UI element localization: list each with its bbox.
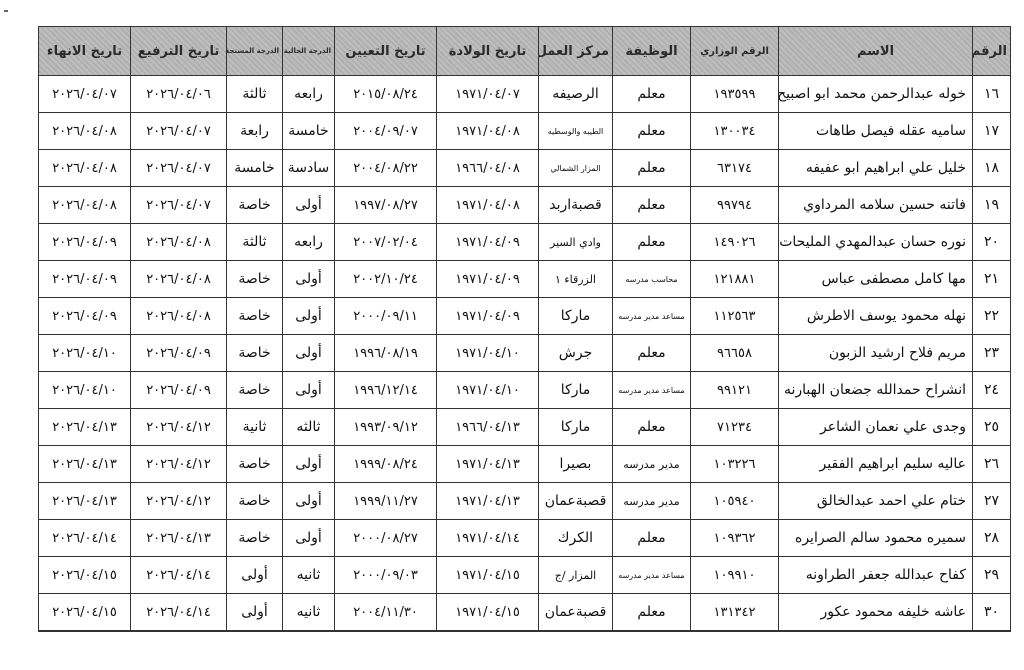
cell-appointment-date: ٢٠٠٤/٠٩/٠٧ bbox=[335, 113, 437, 150]
cell-work-center: الرصيفه bbox=[539, 76, 613, 113]
cell-ministry-number: ١٠٥٩٤٠ bbox=[691, 483, 779, 520]
cell-index: ١٩ bbox=[973, 187, 1011, 224]
cell-name: نهله محمود يوسف الاطرش bbox=[779, 298, 973, 335]
header-name: الاسم bbox=[779, 27, 973, 76]
cell-end-date: ٢٠٢٦/٠٤/٠٩ bbox=[39, 298, 131, 335]
cell-index: ٢٧ bbox=[973, 483, 1011, 520]
table-body: ١٦خوله عبدالرحمن محمد ابو اصبيح١٩٣٥٩٩معل… bbox=[39, 76, 1011, 632]
header-row: الرقم الاسم الرقم الوزاري الوظيفة مركز ا… bbox=[39, 27, 1011, 76]
table-row: ٢٧ختام علي احمد عبدالخالق١٠٥٩٤٠مدير مدرس… bbox=[39, 483, 1011, 520]
table-row: ٢٥وجدى علي نعمان الشاعر٧١٢٣٤معلمماركا١٩٦… bbox=[39, 409, 1011, 446]
cell-index: ٢٤ bbox=[973, 372, 1011, 409]
cell-end-date: ٢٠٢٦/٠٤/٠٩ bbox=[39, 261, 131, 298]
cell-appointment-date: ٢٠٠٠/٠٨/٢٧ bbox=[335, 520, 437, 557]
cell-name: ساميه عقله فيصل طاهات bbox=[779, 113, 973, 150]
cell-appointment-date: ١٩٩٩/٠٨/٢٤ bbox=[335, 446, 437, 483]
cell-due-grade: خاصة bbox=[227, 483, 283, 520]
cell-promotion-date: ٢٠٢٦/٠٤/٠٧ bbox=[131, 150, 227, 187]
cell-promotion-date: ٢٠٢٦/٠٤/٠٦ bbox=[131, 76, 227, 113]
cell-index: ٢١ bbox=[973, 261, 1011, 298]
cell-name: مها كامل مصطفى عباس bbox=[779, 261, 973, 298]
cell-current-grade: أولى bbox=[283, 446, 335, 483]
cell-job: معلم bbox=[613, 113, 691, 150]
cell-current-grade: أولى bbox=[283, 298, 335, 335]
cell-end-date: ٢٠٢٦/٠٤/٠٨ bbox=[39, 113, 131, 150]
cell-job: معلم bbox=[613, 594, 691, 632]
cell-due-grade: أولى bbox=[227, 557, 283, 594]
cell-current-grade: خامسة bbox=[283, 113, 335, 150]
cell-name: فاتنه حسين سلامه المرداوي bbox=[779, 187, 973, 224]
cell-index: ٢٨ bbox=[973, 520, 1011, 557]
cell-appointment-date: ١٩٩٦/١٢/١٤ bbox=[335, 372, 437, 409]
cell-end-date: ٢٠٢٦/٠٤/١٠ bbox=[39, 372, 131, 409]
cell-end-date: ٢٠٢٦/٠٤/١٣ bbox=[39, 446, 131, 483]
cell-ministry-number: ١٠٩٣٦٢ bbox=[691, 520, 779, 557]
cell-appointment-date: ٢٠٠٠/٠٩/١١ bbox=[335, 298, 437, 335]
cell-current-grade: أولى bbox=[283, 520, 335, 557]
cell-end-date: ٢٠٢٦/٠٤/١٥ bbox=[39, 594, 131, 632]
cell-work-center: وادي السير bbox=[539, 224, 613, 261]
cell-ministry-number: ١٣٠٠٣٤ bbox=[691, 113, 779, 150]
cell-job: مساعد مدير مدرسه bbox=[613, 372, 691, 409]
cell-current-grade: أولى bbox=[283, 261, 335, 298]
cell-name: سميره محمود سالم الصرايره bbox=[779, 520, 973, 557]
cell-promotion-date: ٢٠٢٦/٠٤/١٢ bbox=[131, 446, 227, 483]
cell-promotion-date: ٢٠٢٦/٠٤/١٤ bbox=[131, 594, 227, 632]
table-row: ١٩فاتنه حسين سلامه المرداوي٩٩٧٩٤معلمقصبة… bbox=[39, 187, 1011, 224]
cell-name: كفاح عبدالله جعفر الطراونه bbox=[779, 557, 973, 594]
cell-work-center: ماركا bbox=[539, 372, 613, 409]
cell-work-center: المزار /ج bbox=[539, 557, 613, 594]
scan-artifact-mark bbox=[4, 10, 8, 12]
cell-due-grade: خاصة bbox=[227, 335, 283, 372]
cell-work-center: الزرقاء ١ bbox=[539, 261, 613, 298]
cell-work-center: قصبةاربد bbox=[539, 187, 613, 224]
table-row: ٢٢نهله محمود يوسف الاطرش١١٢٥٦٣مساعد مدير… bbox=[39, 298, 1011, 335]
header-promotion-date: تاريخ الترفيع bbox=[131, 27, 227, 76]
cell-job: معلم bbox=[613, 224, 691, 261]
cell-appointment-date: ١٩٩٣/٠٩/١٢ bbox=[335, 409, 437, 446]
cell-appointment-date: ٢٠٠٢/١٠/٢٤ bbox=[335, 261, 437, 298]
cell-appointment-date: ١٩٩٦/٠٨/١٩ bbox=[335, 335, 437, 372]
cell-job: معلم bbox=[613, 409, 691, 446]
cell-due-grade: رابعة bbox=[227, 113, 283, 150]
cell-ministry-number: ١٩٣٥٩٩ bbox=[691, 76, 779, 113]
cell-current-grade: أولى bbox=[283, 335, 335, 372]
cell-ministry-number: ٩٩١٢١ bbox=[691, 372, 779, 409]
cell-job: مساعد مدير مدرسه bbox=[613, 557, 691, 594]
cell-job: معلم bbox=[613, 520, 691, 557]
cell-ministry-number: ١٢١٨٨١ bbox=[691, 261, 779, 298]
cell-birth-date: ١٩٧١/٠٤/٠٩ bbox=[437, 298, 539, 335]
cell-end-date: ٢٠٢٦/٠٤/١٠ bbox=[39, 335, 131, 372]
cell-work-center: قصبةعمان bbox=[539, 594, 613, 632]
cell-work-center: الكرك bbox=[539, 520, 613, 557]
cell-promotion-date: ٢٠٢٦/٠٤/١٢ bbox=[131, 409, 227, 446]
cell-work-center: بصيرا bbox=[539, 446, 613, 483]
cell-ministry-number: ١٤٩٠٢٦ bbox=[691, 224, 779, 261]
cell-name: مريم فلاح ارشيد الزبون bbox=[779, 335, 973, 372]
cell-end-date: ٢٠٢٦/٠٤/١٥ bbox=[39, 557, 131, 594]
cell-current-grade: سادسة bbox=[283, 150, 335, 187]
employee-promotion-table: الرقم الاسم الرقم الوزاري الوظيفة مركز ا… bbox=[38, 26, 1011, 632]
cell-current-grade: ثانيه bbox=[283, 557, 335, 594]
cell-ministry-number: ٦٣١٧٤ bbox=[691, 150, 779, 187]
table-row: ٢٩كفاح عبدالله جعفر الطراونه١٠٩٩١٠مساعد … bbox=[39, 557, 1011, 594]
table-row: ١٨خليل علي ابراهيم ابو عفيفه٦٣١٧٤معلمالم… bbox=[39, 150, 1011, 187]
cell-index: ١٨ bbox=[973, 150, 1011, 187]
cell-name: وجدى علي نعمان الشاعر bbox=[779, 409, 973, 446]
cell-ministry-number: ١٠٩٩١٠ bbox=[691, 557, 779, 594]
cell-due-grade: خاصة bbox=[227, 446, 283, 483]
cell-end-date: ٢٠٢٦/٠٤/١٣ bbox=[39, 409, 131, 446]
cell-birth-date: ١٩٧١/٠٤/٠٧ bbox=[437, 76, 539, 113]
cell-ministry-number: ١٠٣٢٢٦ bbox=[691, 446, 779, 483]
cell-due-grade: خاصة bbox=[227, 520, 283, 557]
cell-appointment-date: ١٩٩٧/٠٨/٢٧ bbox=[335, 187, 437, 224]
cell-birth-date: ١٩٧١/٠٤/١٣ bbox=[437, 483, 539, 520]
cell-work-center: قصبةعمان bbox=[539, 483, 613, 520]
cell-name: خوله عبدالرحمن محمد ابو اصبيح bbox=[779, 76, 973, 113]
cell-birth-date: ١٩٧١/٠٤/٠٩ bbox=[437, 224, 539, 261]
cell-ministry-number: ٩٦٦٥٨ bbox=[691, 335, 779, 372]
cell-index: ٢٥ bbox=[973, 409, 1011, 446]
cell-job: محاسب مدرسه bbox=[613, 261, 691, 298]
cell-appointment-date: ١٩٩٩/١١/٢٧ bbox=[335, 483, 437, 520]
cell-promotion-date: ٢٠٢٦/٠٤/١٣ bbox=[131, 520, 227, 557]
table-row: ٢٠نوره حسان عبدالمهدي المليحات١٤٩٠٢٦معلم… bbox=[39, 224, 1011, 261]
cell-index: ١٦ bbox=[973, 76, 1011, 113]
table-row: ٢٣مريم فلاح ارشيد الزبون٩٦٦٥٨معلمجرش١٩٧١… bbox=[39, 335, 1011, 372]
header-work-center: مركز العمل bbox=[539, 27, 613, 76]
cell-work-center: جرش bbox=[539, 335, 613, 372]
cell-promotion-date: ٢٠٢٦/٠٤/٠٩ bbox=[131, 372, 227, 409]
cell-name: انشراح حمدالله جضعان الهبارنه bbox=[779, 372, 973, 409]
cell-birth-date: ١٩٧١/٠٤/١٣ bbox=[437, 446, 539, 483]
cell-work-center: ماركا bbox=[539, 298, 613, 335]
cell-birth-date: ١٩٧١/٠٤/٠٩ bbox=[437, 261, 539, 298]
cell-due-grade: ثانية bbox=[227, 409, 283, 446]
cell-birth-date: ١٩٦٦/٠٤/١٣ bbox=[437, 409, 539, 446]
cell-index: ٢٠ bbox=[973, 224, 1011, 261]
cell-name: نوره حسان عبدالمهدي المليحات bbox=[779, 224, 973, 261]
cell-appointment-date: ٢٠١٥/٠٨/٢٤ bbox=[335, 76, 437, 113]
header-due-grade: الدرجة المستحقة bbox=[227, 27, 283, 76]
header-current-grade: الدرجة الحالية bbox=[283, 27, 335, 76]
cell-birth-date: ١٩٧١/٠٤/١٠ bbox=[437, 372, 539, 409]
cell-promotion-date: ٢٠٢٦/٠٤/١٤ bbox=[131, 557, 227, 594]
header-birth-date: تاريخ الولادة bbox=[437, 27, 539, 76]
cell-due-grade: خاصة bbox=[227, 187, 283, 224]
cell-birth-date: ١٩٦٦/٠٤/٠٨ bbox=[437, 150, 539, 187]
header-ministry-number: الرقم الوزاري bbox=[691, 27, 779, 76]
table-row: ٣٠عاشه خليفه محمود عكور١٣١٣٤٢معلمقصبةعما… bbox=[39, 594, 1011, 632]
cell-job: مدير مدرسه bbox=[613, 446, 691, 483]
cell-job: مدير مدرسه bbox=[613, 483, 691, 520]
cell-promotion-date: ٢٠٢٦/٠٤/٠٨ bbox=[131, 224, 227, 261]
cell-promotion-date: ٢٠٢٦/٠٤/٠٧ bbox=[131, 113, 227, 150]
cell-promotion-date: ٢٠٢٦/٠٤/٠٨ bbox=[131, 261, 227, 298]
table-row: ٢٨سميره محمود سالم الصرايره١٠٩٣٦٢معلمالك… bbox=[39, 520, 1011, 557]
cell-due-grade: أولى bbox=[227, 594, 283, 632]
table-row: ٢٦عاليه سليم ابراهيم الفقير١٠٣٢٢٦مدير مد… bbox=[39, 446, 1011, 483]
table-row: ٢٤انشراح حمدالله جضعان الهبارنه٩٩١٢١مساع… bbox=[39, 372, 1011, 409]
cell-due-grade: ثالثة bbox=[227, 76, 283, 113]
cell-current-grade: أولى bbox=[283, 187, 335, 224]
table-row: ١٧ساميه عقله فيصل طاهات١٣٠٠٣٤معلمالطيبه … bbox=[39, 113, 1011, 150]
cell-end-date: ٢٠٢٦/٠٤/٠٩ bbox=[39, 224, 131, 261]
cell-name: ختام علي احمد عبدالخالق bbox=[779, 483, 973, 520]
cell-birth-date: ١٩٧١/٠٤/١٥ bbox=[437, 594, 539, 632]
cell-ministry-number: ١١٢٥٦٣ bbox=[691, 298, 779, 335]
cell-name: خليل علي ابراهيم ابو عفيفه bbox=[779, 150, 973, 187]
header-appointment-date: تاريخ التعيين bbox=[335, 27, 437, 76]
cell-due-grade: خاصة bbox=[227, 298, 283, 335]
cell-birth-date: ١٩٧١/٠٤/١٥ bbox=[437, 557, 539, 594]
cell-index: ١٧ bbox=[973, 113, 1011, 150]
header-index: الرقم bbox=[973, 27, 1011, 76]
cell-job: مساعد مدير مدرسه bbox=[613, 298, 691, 335]
cell-job: معلم bbox=[613, 187, 691, 224]
cell-job: معلم bbox=[613, 76, 691, 113]
cell-current-grade: ثانيه bbox=[283, 594, 335, 632]
cell-work-center: المزار الشمالي bbox=[539, 150, 613, 187]
cell-birth-date: ١٩٧١/٠٤/١٤ bbox=[437, 520, 539, 557]
cell-appointment-date: ٢٠٠٤/١١/٣٠ bbox=[335, 594, 437, 632]
cell-work-center: ماركا bbox=[539, 409, 613, 446]
cell-job: معلم bbox=[613, 150, 691, 187]
cell-name: عاليه سليم ابراهيم الفقير bbox=[779, 446, 973, 483]
cell-ministry-number: ٧١٢٣٤ bbox=[691, 409, 779, 446]
header-job: الوظيفة bbox=[613, 27, 691, 76]
cell-current-grade: رابعه bbox=[283, 76, 335, 113]
cell-current-grade: ثالثه bbox=[283, 409, 335, 446]
cell-current-grade: رابعه bbox=[283, 224, 335, 261]
cell-index: ٢٩ bbox=[973, 557, 1011, 594]
header-end-date: تاريخ الانهاء bbox=[39, 27, 131, 76]
cell-promotion-date: ٢٠٢٦/٠٤/٠٧ bbox=[131, 187, 227, 224]
cell-due-grade: خاصة bbox=[227, 372, 283, 409]
cell-name: عاشه خليفه محمود عكور bbox=[779, 594, 973, 632]
cell-index: ٣٠ bbox=[973, 594, 1011, 632]
cell-promotion-date: ٢٠٢٦/٠٤/١٢ bbox=[131, 483, 227, 520]
table-row: ١٦خوله عبدالرحمن محمد ابو اصبيح١٩٣٥٩٩معل… bbox=[39, 76, 1011, 113]
cell-due-grade: ثالثة bbox=[227, 224, 283, 261]
cell-job: معلم bbox=[613, 335, 691, 372]
cell-birth-date: ١٩٧١/٠٤/١٠ bbox=[437, 335, 539, 372]
cell-appointment-date: ٢٠٠٧/٠٢/٠٤ bbox=[335, 224, 437, 261]
cell-due-grade: خامسة bbox=[227, 150, 283, 187]
cell-current-grade: أولى bbox=[283, 372, 335, 409]
cell-ministry-number: ٩٩٧٩٤ bbox=[691, 187, 779, 224]
cell-end-date: ٢٠٢٦/٠٤/٠٧ bbox=[39, 76, 131, 113]
cell-end-date: ٢٠٢٦/٠٤/١٤ bbox=[39, 520, 131, 557]
cell-work-center: الطيبه والوسطيه bbox=[539, 113, 613, 150]
cell-birth-date: ١٩٧١/٠٤/٠٨ bbox=[437, 113, 539, 150]
cell-end-date: ٢٠٢٦/٠٤/٠٨ bbox=[39, 150, 131, 187]
cell-ministry-number: ١٣١٣٤٢ bbox=[691, 594, 779, 632]
cell-appointment-date: ٢٠٠٠/٠٩/٠٣ bbox=[335, 557, 437, 594]
cell-index: ٢٣ bbox=[973, 335, 1011, 372]
cell-index: ٢٦ bbox=[973, 446, 1011, 483]
cell-promotion-date: ٢٠٢٦/٠٤/٠٨ bbox=[131, 298, 227, 335]
cell-promotion-date: ٢٠٢٦/٠٤/٠٩ bbox=[131, 335, 227, 372]
table-row: ٢١مها كامل مصطفى عباس١٢١٨٨١محاسب مدرسهال… bbox=[39, 261, 1011, 298]
cell-end-date: ٢٠٢٦/٠٤/٠٨ bbox=[39, 187, 131, 224]
cell-end-date: ٢٠٢٦/٠٤/١٣ bbox=[39, 483, 131, 520]
cell-current-grade: أولى bbox=[283, 483, 335, 520]
cell-index: ٢٢ bbox=[973, 298, 1011, 335]
cell-due-grade: خاصة bbox=[227, 261, 283, 298]
employee-promotion-table-container: الرقم الاسم الرقم الوزاري الوظيفة مركز ا… bbox=[38, 26, 1010, 632]
cell-appointment-date: ٢٠٠٤/٠٨/٢٢ bbox=[335, 150, 437, 187]
cell-birth-date: ١٩٧١/٠٤/٠٨ bbox=[437, 187, 539, 224]
